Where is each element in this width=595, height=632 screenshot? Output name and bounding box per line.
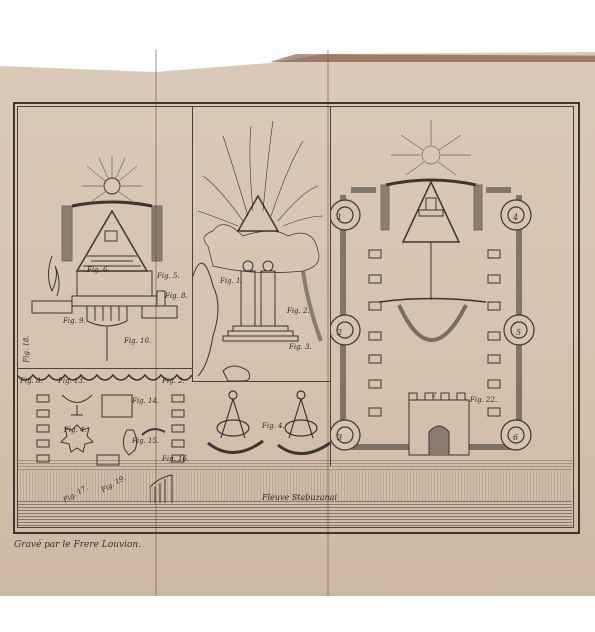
fig-label: Fig. 5.: [157, 272, 180, 280]
panel-divider: [17, 368, 192, 369]
tree-icon: [193, 263, 218, 376]
cloud-shape: [204, 225, 319, 273]
corner-towers: [331, 200, 534, 450]
fig-label: Fig. 22.: [470, 396, 497, 404]
fig-label: Fig. 4.: [64, 426, 87, 434]
fig-label: Fig. 4.: [262, 422, 285, 430]
tower-number: 2: [337, 328, 342, 337]
chest-icon: [102, 395, 132, 417]
scroll-banner: [303, 271, 321, 341]
glory-rays: [198, 121, 323, 226]
fig-label: Fig. 2.: [287, 307, 310, 315]
left-altar-scene: [17, 106, 192, 368]
river-label: Fleuve Stabuzanai: [262, 493, 337, 502]
stool-column-right: [172, 395, 184, 462]
fig-label: Fig. 9.: [63, 317, 86, 325]
fig-label: Fig. 6.: [87, 266, 110, 274]
panel-divider: [330, 106, 331, 466]
radiant-sun-icon: [391, 120, 471, 175]
fig-label: Fig. 10.: [124, 337, 151, 345]
tower-number: 4: [513, 213, 518, 222]
trowel-icon: [142, 429, 165, 435]
fig-label: Fig. 8.: [165, 292, 188, 300]
delta-triangle-icon: [403, 182, 459, 242]
fig-label: Fig. 18.: [23, 335, 31, 362]
two-figures: [241, 261, 275, 326]
tower-number: 3: [337, 433, 342, 442]
tower-number: 1: [337, 213, 342, 222]
engraver-credit: Gravé par le Frere Louvion.: [14, 540, 141, 550]
fig-label: Fig. 8.: [20, 377, 43, 385]
grass-bank: [17, 458, 572, 470]
fig-label: Fig. 13.: [58, 377, 85, 385]
river-bank: [17, 500, 572, 526]
tower-number: 6: [513, 433, 518, 442]
fig-label: Fig. 14.: [132, 397, 159, 405]
fig-label: Fig. 1.: [220, 277, 243, 285]
menorah-icon: [87, 306, 127, 361]
center-covenant-scene: [193, 106, 328, 381]
flame-icon: [49, 256, 60, 296]
bridge: [150, 465, 270, 505]
walled-temple-plan: [331, 110, 576, 470]
arch-vault: [399, 305, 466, 340]
panel-divider: [192, 106, 193, 381]
fig-label: Fig. 2.: [162, 377, 185, 385]
radiant-sun-icon: [82, 156, 142, 201]
bowl-icon: [62, 395, 92, 415]
panel-divider: [192, 381, 330, 382]
lion-icon: [223, 366, 250, 381]
gate-number: 7: [432, 392, 436, 400]
tower-number: 5: [516, 328, 521, 337]
stool-column-left: [37, 395, 49, 462]
compass-jewel-icon: [208, 391, 263, 453]
fig-label: Fig. 3.: [289, 343, 312, 351]
gate-tower: [409, 393, 469, 455]
fig-label: Fig. 15.: [132, 437, 159, 445]
compass-jewel-icon: [278, 391, 330, 454]
